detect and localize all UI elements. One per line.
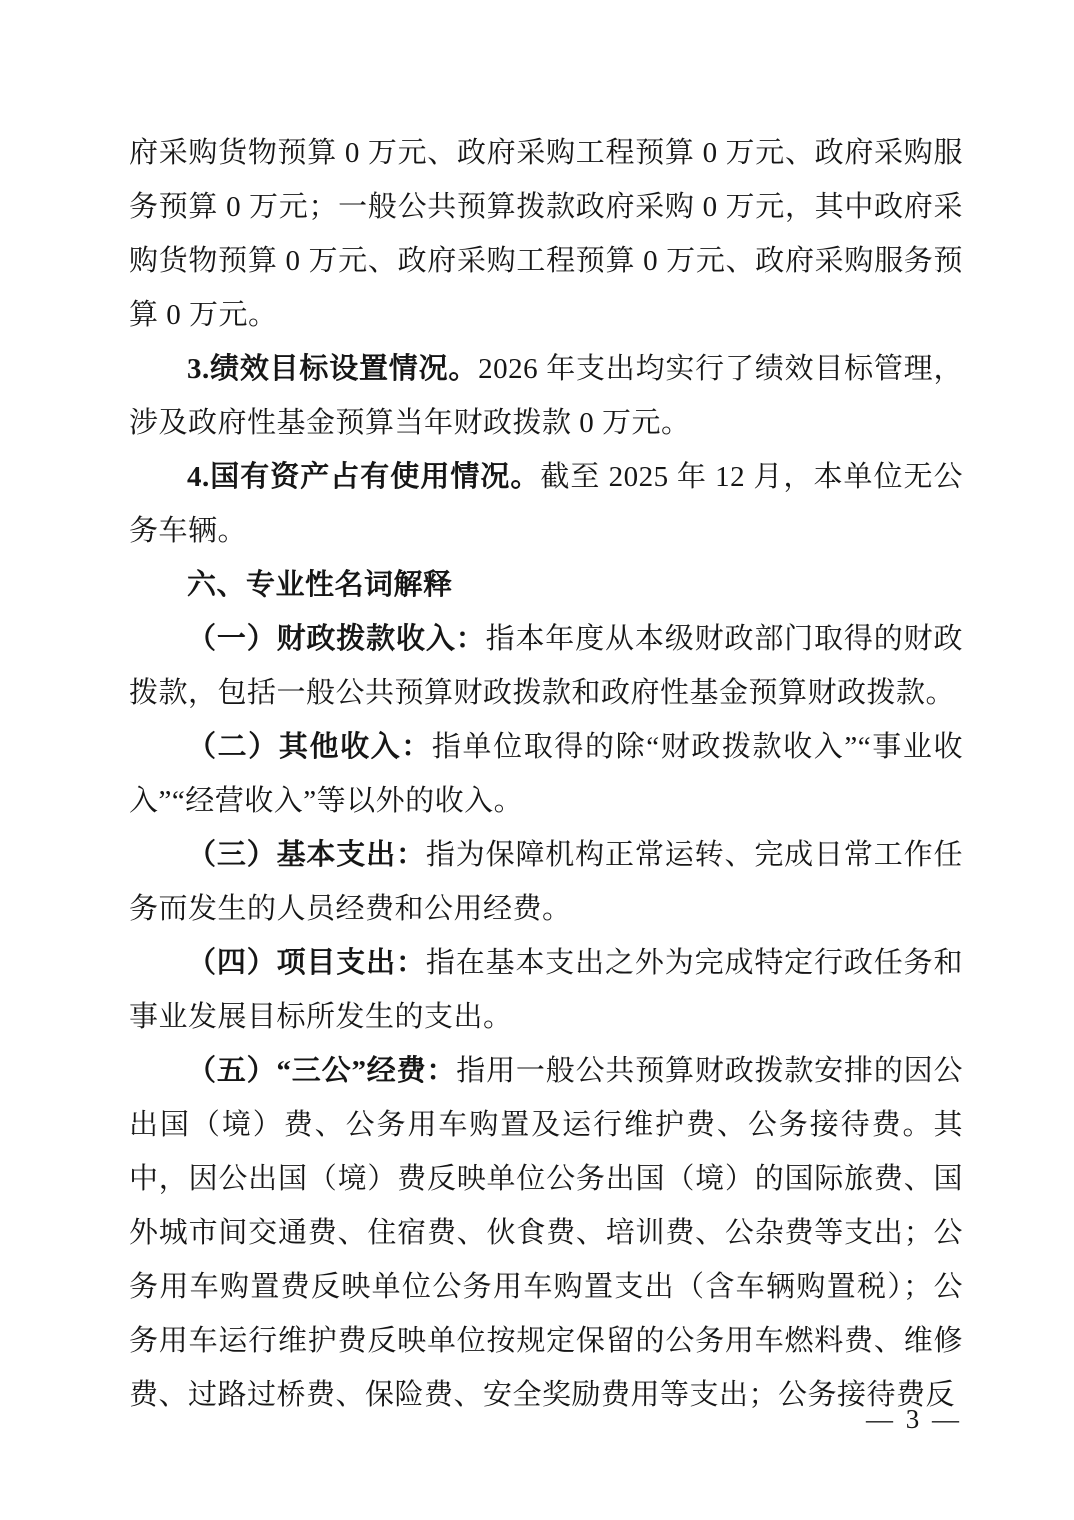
paragraph-lead-text: （四）项目支出： bbox=[187, 947, 426, 979]
paragraph-lead-text: （二）其他收入： bbox=[187, 731, 432, 763]
document-body: 府采购货物预算 0 万元、政府采购工程预算 0 万元、政府采购服务预算 0 万元… bbox=[129, 126, 963, 1422]
paragraph-term-three-public-funds: （五）“三公”经费：指用一般公共预算财政拨款安排的因公出国（境）费、公务用车购置… bbox=[129, 1044, 963, 1422]
paragraph-text: 府采购货物预算 0 万元、政府采购工程预算 0 万元、政府采购服务预算 0 万元… bbox=[129, 137, 963, 331]
paragraph-text: 指用一般公共预算财政拨款安排的因公出国（境）费、公务用车购置及运行维护费、公务接… bbox=[129, 1055, 963, 1411]
paragraph-term-project-expenditure: （四）项目支出：指在基本支出之外为完成特定行政任务和事业发展目标所发生的支出。 bbox=[129, 936, 963, 1044]
paragraph-term-fiscal-appropriation-income: （一）财政拨款收入：指本年度从本级财政部门取得的财政拨款，包括一般公共预算财政拨… bbox=[129, 612, 963, 720]
paragraph-lead-text: （三）基本支出： bbox=[187, 839, 426, 871]
paragraph-performance-targets: 3.绩效目标设置情况。2026 年支出均实行了绩效目标管理，涉及政府性基金预算当… bbox=[129, 342, 963, 450]
paragraph-lead-text: （五）“三公”经费： bbox=[187, 1055, 456, 1087]
document-page: 府采购货物预算 0 万元、政府采购工程预算 0 万元、政府采购服务预算 0 万元… bbox=[0, 0, 1074, 1520]
page-number: — 3 — bbox=[866, 1404, 962, 1435]
paragraph-continuation: 府采购货物预算 0 万元、政府采购工程预算 0 万元、政府采购服务预算 0 万元… bbox=[129, 126, 963, 342]
paragraph-lead-text: 六、专业性名词解释 bbox=[187, 569, 453, 601]
paragraph-term-basic-expenditure: （三）基本支出：指为保障机构正常运转、完成日常工作任务而发生的人员经费和公用经费… bbox=[129, 828, 963, 936]
paragraph-term-other-income: （二）其他收入：指单位取得的除“财政拨款收入”“事业收入”“经营收入”等以外的收… bbox=[129, 720, 963, 828]
paragraph-lead-text: 4.国有资产占有使用情况。 bbox=[187, 461, 540, 493]
paragraph-lead-text: 3.绩效目标设置情况。 bbox=[187, 353, 478, 385]
paragraph-state-assets: 4.国有资产占有使用情况。截至 2025 年 12 月，本单位无公务车辆。 bbox=[129, 450, 963, 558]
paragraph-lead-text: （一）财政拨款收入： bbox=[187, 623, 486, 655]
section-heading-terms: 六、专业性名词解释 bbox=[129, 558, 963, 612]
